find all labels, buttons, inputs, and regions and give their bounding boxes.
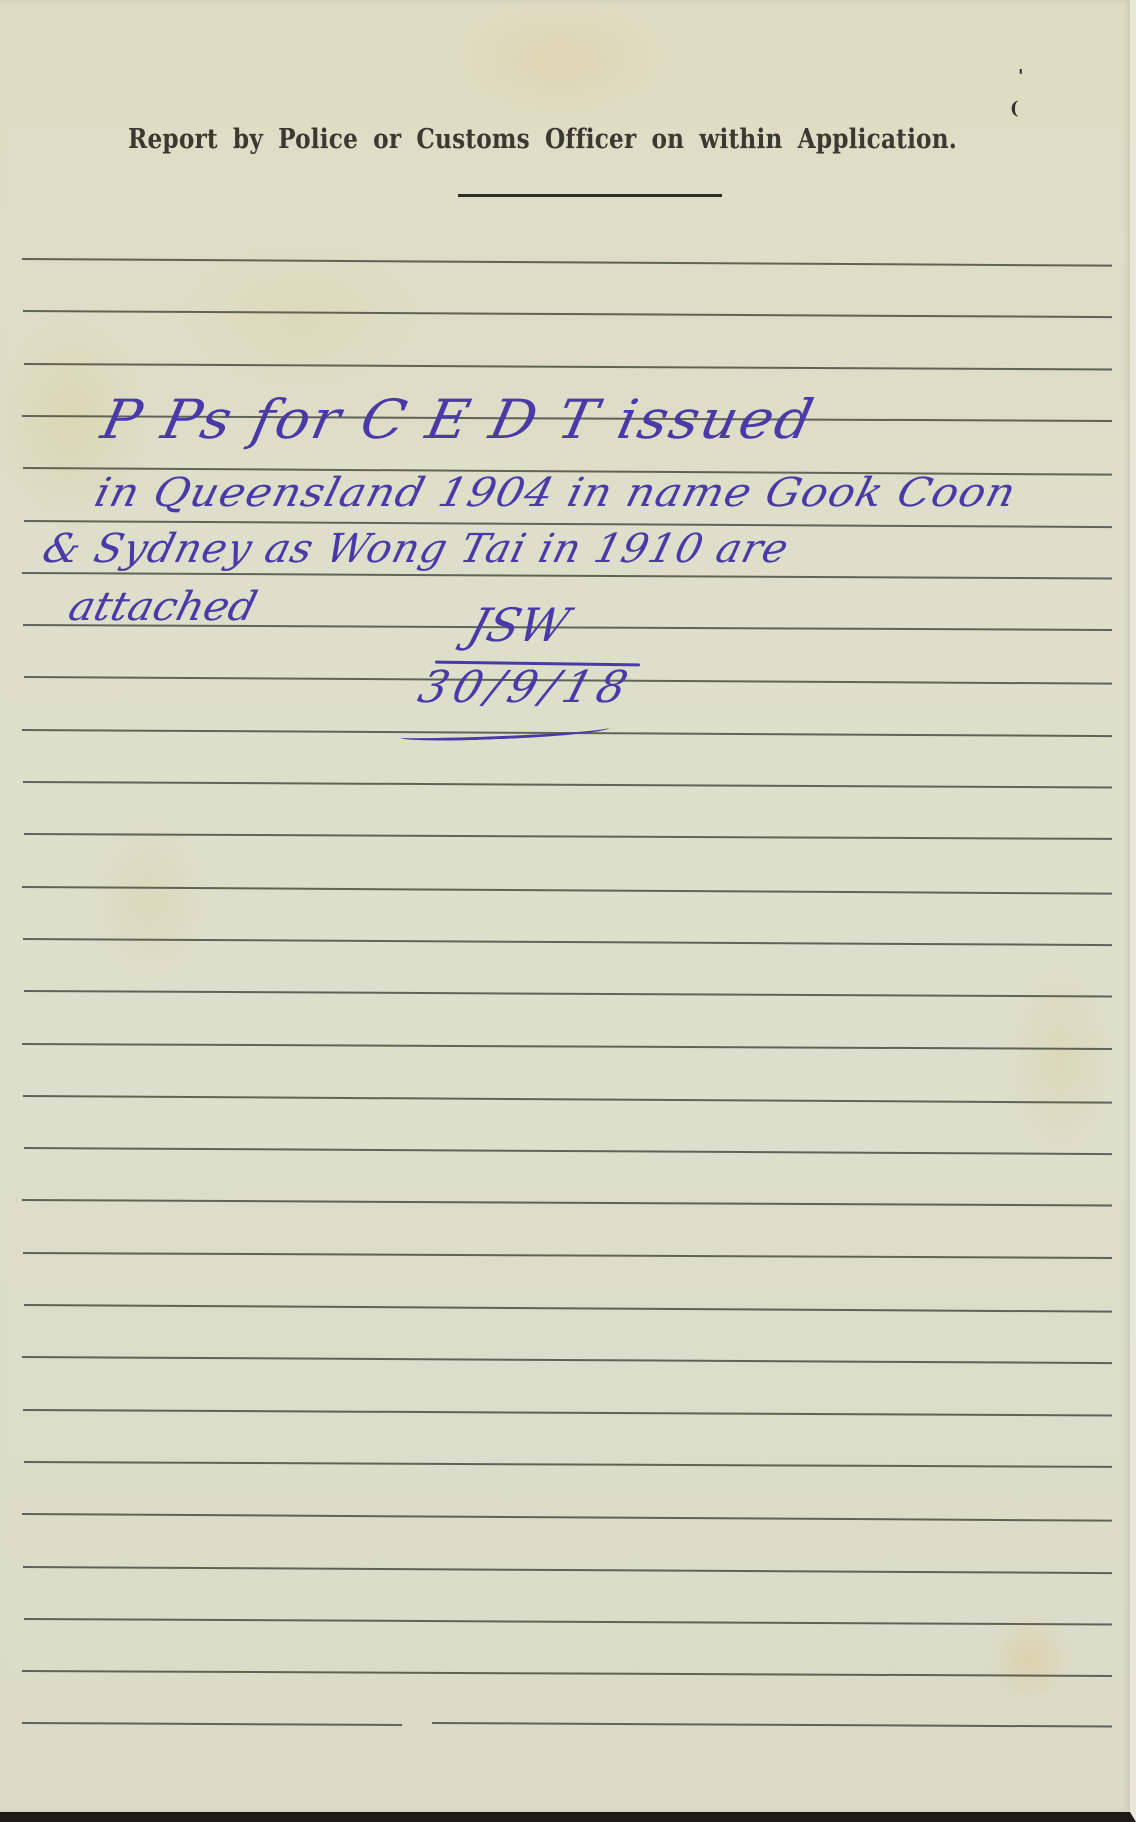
date-flourish	[400, 722, 610, 742]
ruled-line-split	[22, 1722, 402, 1725]
ruled-line	[24, 833, 1112, 839]
ruled-line	[22, 1670, 1112, 1676]
title-underline	[458, 194, 722, 197]
ruled-line	[22, 258, 1112, 266]
signature-initials: JSW	[462, 598, 575, 652]
ruled-line	[23, 310, 1112, 318]
corner-mark-top: '	[1018, 66, 1024, 87]
ruled-line	[23, 1095, 1112, 1103]
signature-date: 30/9/18	[413, 662, 639, 713]
ruled-line	[22, 1513, 1112, 1521]
handwritten-line-3: & Sydney as Wong Tai in 1910 are	[38, 526, 794, 572]
ruled-line	[22, 572, 1112, 579]
ruled-line	[23, 938, 1112, 946]
ruled-line	[24, 990, 1112, 997]
ruled-line	[22, 1043, 1112, 1049]
ruled-line	[24, 1461, 1112, 1467]
ruled-line	[24, 1618, 1112, 1625]
handwritten-line-4: attached	[64, 584, 262, 630]
handwritten-line-1: P Ps for C E D T issued	[96, 388, 821, 451]
document-page: ' ( Report by Police or Customs Officer …	[0, 0, 1136, 1822]
corner-mark-bottom: (	[1010, 98, 1019, 119]
ruled-line	[24, 1147, 1112, 1155]
ruled-line	[24, 1304, 1112, 1312]
ruled-line	[23, 1252, 1112, 1258]
ruled-line	[22, 1199, 1112, 1206]
ruled-line	[23, 1409, 1112, 1416]
ruled-line-split	[432, 1722, 1112, 1727]
ruled-line	[22, 1356, 1112, 1364]
ruled-line	[23, 1566, 1112, 1574]
handwritten-line-2: in Queensland 1904 in name Gook Coon	[90, 470, 1021, 516]
ruled-line	[24, 363, 1112, 370]
page-title: Report by Police or Customs Officer on w…	[128, 124, 919, 155]
ruled-line	[22, 886, 1112, 894]
ruled-line	[23, 781, 1112, 788]
